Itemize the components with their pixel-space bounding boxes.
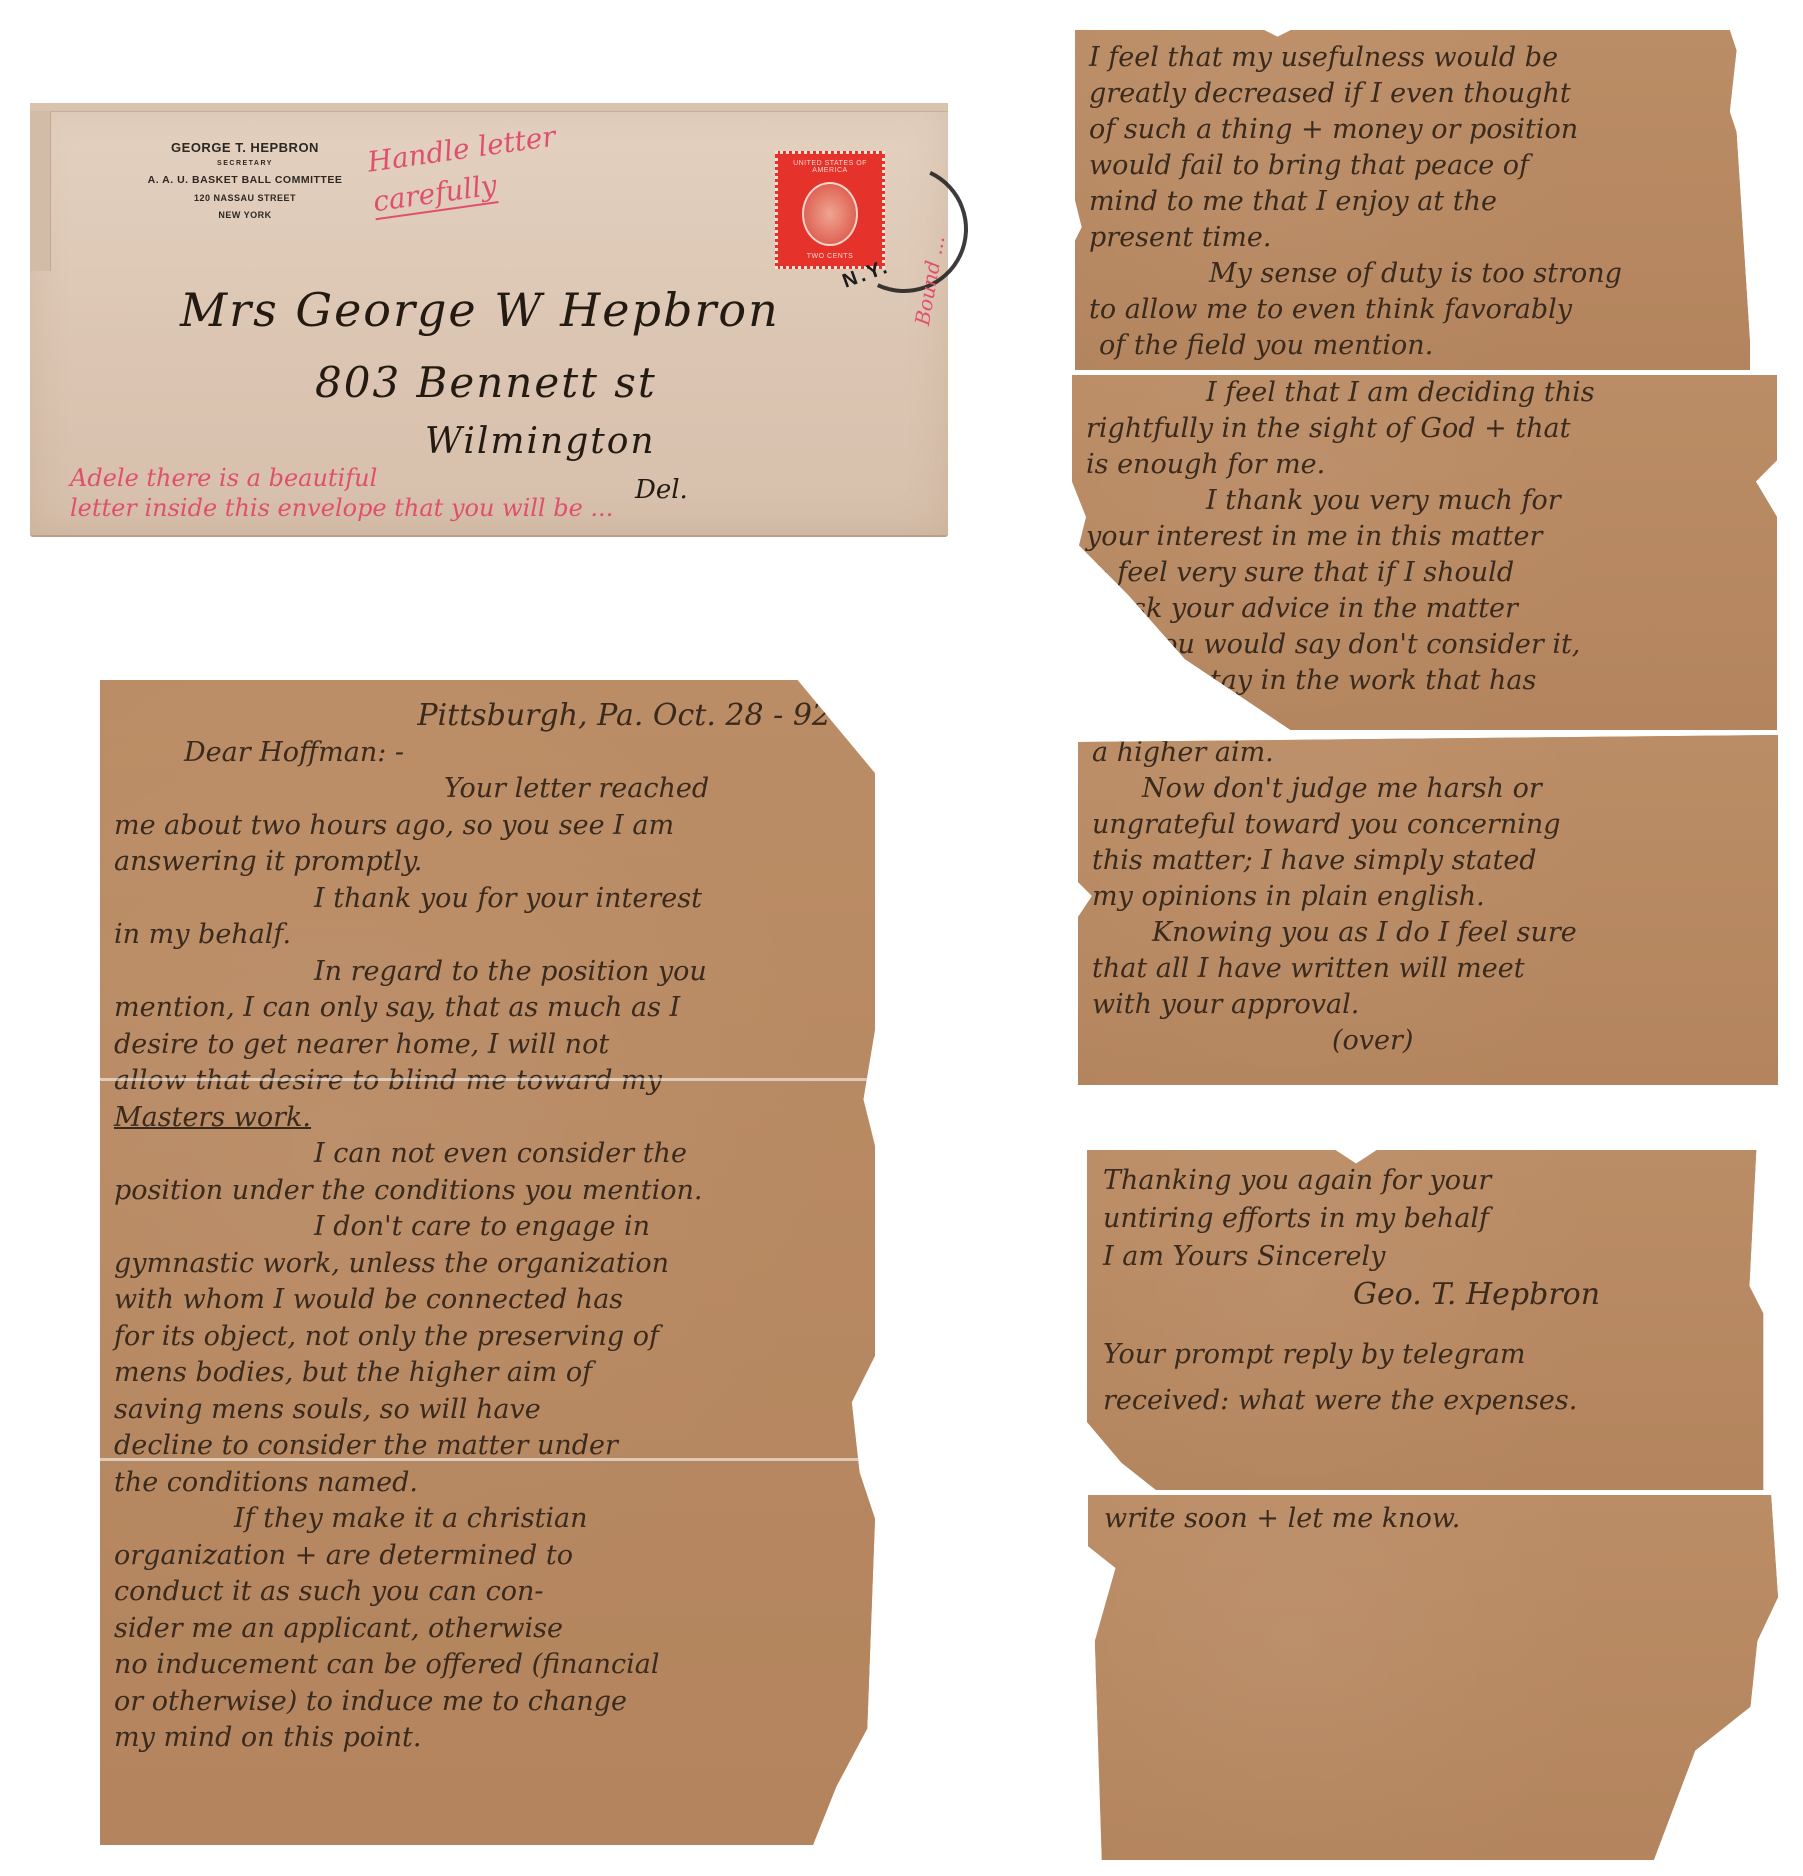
letter-date: Pittsburgh, Pa. Oct. 28 - 92 <box>114 698 861 735</box>
recipient-city: Wilmington <box>425 421 656 462</box>
letter-line: stay in the work that has <box>1086 663 1763 699</box>
letter-line: mind to me that I enjoy at the <box>1089 184 1736 220</box>
pink-handwritten-note-top: Handle letter carefully <box>365 117 564 223</box>
letter-over-note: (over) <box>1092 1023 1764 1059</box>
return-address-organization: A. A. U. BASKET BALL COMMITTEE <box>110 170 380 190</box>
letter-line: I feel that I am deciding this <box>1086 375 1763 411</box>
letter-line: Masters work. <box>114 1100 861 1137</box>
letter-line: + feel very sure that if I should <box>1086 555 1763 591</box>
letter-page-2-piece-1: I feel that my usefulness would be great… <box>1075 30 1750 370</box>
letter-line: me about two hours ago, so you see I am <box>114 808 861 845</box>
letter-line: that all I have written will meet <box>1092 951 1764 987</box>
letter-line: is enough for me. <box>1086 447 1763 483</box>
letter-line: allow that desire to blind me toward my <box>114 1063 861 1100</box>
letter-line: with whom I would be connected has <box>114 1282 861 1319</box>
letter-line: my opinions in plain english. <box>1092 879 1764 915</box>
recipient-street: 803 Bennett st <box>315 358 657 407</box>
letter-line: to allow me to even think favorably <box>1089 292 1736 328</box>
return-address-city: NEW YORK <box>110 207 380 224</box>
return-address-title: SECRETARY <box>110 158 380 170</box>
letter-line: no inducement can be offered (financial <box>114 1647 861 1684</box>
letter-greeting: Dear Hoffman: - <box>114 735 861 772</box>
letter-postscript-line: write soon + let me know. <box>1104 1501 1762 1537</box>
letter-signature: Geo. T. Hepbron <box>1103 1276 1761 1314</box>
letter-line: Now don't judge me harsh or <box>1092 771 1764 807</box>
letter-line: this matter; I have simply stated <box>1092 843 1764 879</box>
letter-line: Your letter reached <box>114 771 861 808</box>
letter-line: mens bodies, but the higher aim of <box>114 1355 861 1392</box>
letter-page-1: Pittsburgh, Pa. Oct. 28 - 92 Dear Hoffma… <box>100 680 875 1845</box>
letter-line: greatly decreased if I even thought <box>1089 76 1736 112</box>
letter-line: my mind on this point. <box>114 1720 861 1757</box>
letter-page-3-piece-2: write soon + let me know. <box>1088 1495 1778 1860</box>
letter-closing: I am Yours Sincerely <box>1103 1238 1761 1276</box>
letter-page-2-piece-3: a higher aim. Now don't judge me harsh o… <box>1078 735 1778 1085</box>
letter-line: in my behalf. <box>114 917 861 954</box>
letter-postscript-line: Your prompt reply by telegram <box>1103 1336 1761 1374</box>
letter-line: saving mens souls, so will have <box>114 1392 861 1429</box>
underlined-word: Masters work. <box>114 1102 311 1133</box>
letter-line: ask your advice in the matter <box>1086 591 1763 627</box>
letter-line: I can not even consider the <box>114 1136 861 1173</box>
letter-line: a higher aim. <box>1092 735 1764 771</box>
letter-line: present time. <box>1089 220 1736 256</box>
letter-line: sider me an applicant, otherwise <box>114 1611 861 1648</box>
recipient-name: Mrs George W Hepbron <box>180 283 780 337</box>
letter-line: untiring efforts in my behalf <box>1103 1200 1761 1238</box>
pink-note-bottom-line-2: letter inside this envelope that you wil… <box>70 493 930 523</box>
return-address: GEORGE T. HEPBRON SECRETARY A. A. U. BAS… <box>110 138 380 224</box>
letter-line: of such a thing + money or position <box>1089 112 1736 148</box>
letter-page-3-piece-1: Thanking you again for your untiring eff… <box>1087 1150 1777 1490</box>
letter-line: answering it promptly. <box>114 844 861 881</box>
letter-line: for its object, not only the preserving … <box>114 1319 861 1356</box>
letter-line: conduct it as such you can con- <box>114 1574 861 1611</box>
letter-line: of the field you mention. <box>1089 328 1736 364</box>
letter-line: with your approval. <box>1092 987 1764 1023</box>
fold-line <box>100 1078 875 1081</box>
letter-line: you would say don't consider it, <box>1086 627 1763 663</box>
fold-line <box>100 1458 875 1461</box>
letter-line: your interest in me in this matter <box>1086 519 1763 555</box>
letter-line: desire to get nearer home, I will not <box>114 1027 861 1064</box>
letter-line: would fail to bring that peace of <box>1089 148 1736 184</box>
letter-line: gymnastic work, unless the organization <box>114 1246 861 1283</box>
stamp-top-text: UNITED STATES OF AMERICA <box>782 160 878 174</box>
letter-line: I thank you for your interest <box>114 881 861 918</box>
pink-note-bottom-line-1: Adele there is a beautiful <box>70 463 930 493</box>
letter-line: Knowing you as I do I feel sure <box>1092 915 1764 951</box>
letter-line: position under the conditions you mentio… <box>114 1173 861 1210</box>
letter-line: rightfully in the sight of God + that <box>1086 411 1763 447</box>
letter-line: organization + are determined to <box>114 1538 861 1575</box>
letter-line: If they make it a christian <box>114 1501 861 1538</box>
pink-handwritten-note-bottom: Adele there is a beautiful letter inside… <box>70 463 930 523</box>
letter-line: mention, I can only say, that as much as… <box>114 990 861 1027</box>
letter-line: ungrateful toward you concerning <box>1092 807 1764 843</box>
letter-line: Thanking you again for your <box>1103 1162 1761 1200</box>
letter-line: My sense of duty is too strong <box>1089 256 1736 292</box>
envelope: GEORGE T. HEPBRON SECRETARY A. A. U. BAS… <box>30 103 948 535</box>
letter-line: I feel that my usefulness would be <box>1089 40 1736 76</box>
return-address-name: GEORGE T. HEPBRON <box>110 138 380 158</box>
letter-line: the conditions named. <box>114 1465 861 1502</box>
envelope-top-edge <box>30 103 948 112</box>
letter-page-2-piece-2: I feel that I am deciding this rightfull… <box>1072 375 1777 730</box>
letter-line: I thank you very much for <box>1086 483 1763 519</box>
letter-line: or otherwise) to induce me to change <box>114 1684 861 1721</box>
letter-line: In regard to the position you <box>114 954 861 991</box>
envelope-left-flap <box>30 111 51 271</box>
return-address-street: 120 NASSAU STREET <box>110 190 380 207</box>
letter-postscript-line: received: what were the expenses. <box>1103 1382 1761 1420</box>
letter-line: I don't care to engage in <box>114 1209 861 1246</box>
